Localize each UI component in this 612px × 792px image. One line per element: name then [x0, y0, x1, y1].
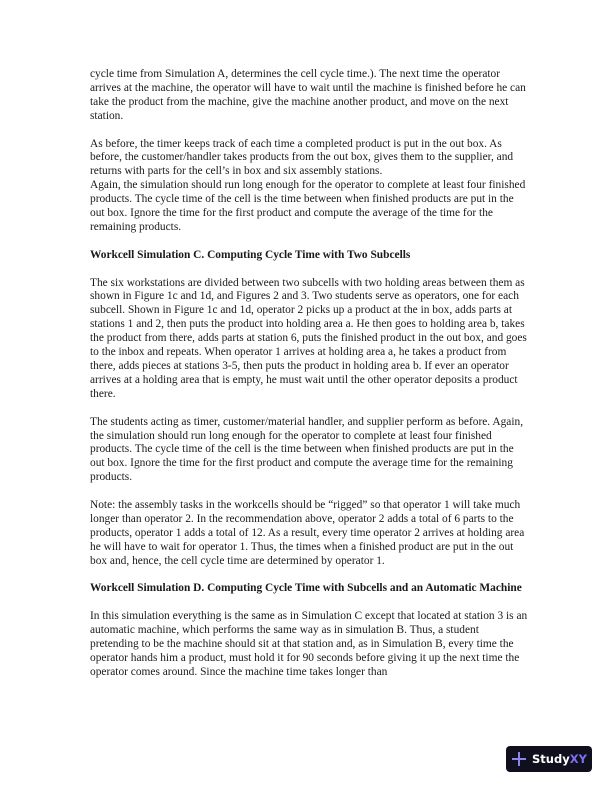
section-c-paragraph-1: The six workstations are divided between…: [90, 277, 530, 402]
document-page: cycle time from Simulation A, determines…: [90, 68, 530, 694]
simulation-length-paragraph: Again, the simulation should run long en…: [90, 179, 530, 235]
plus-icon: [512, 752, 526, 766]
section-d-heading: Workcell Simulation D. Computing Cycle T…: [90, 582, 530, 596]
section-c-heading: Workcell Simulation C. Computing Cycle T…: [90, 249, 530, 263]
section-c-paragraph-2: The students acting as timer, customer/m…: [90, 416, 530, 486]
section-c-note: Note: the assembly tasks in the workcell…: [90, 499, 530, 569]
watermark-label: StudyXY: [532, 752, 587, 766]
intro-paragraph: cycle time from Simulation A, determines…: [90, 68, 530, 124]
timer-paragraph: As before, the timer keeps track of each…: [90, 138, 530, 180]
section-d-paragraph-1: In this simulation everything is the sam…: [90, 610, 530, 680]
studyxy-watermark[interactable]: StudyXY: [506, 746, 592, 772]
